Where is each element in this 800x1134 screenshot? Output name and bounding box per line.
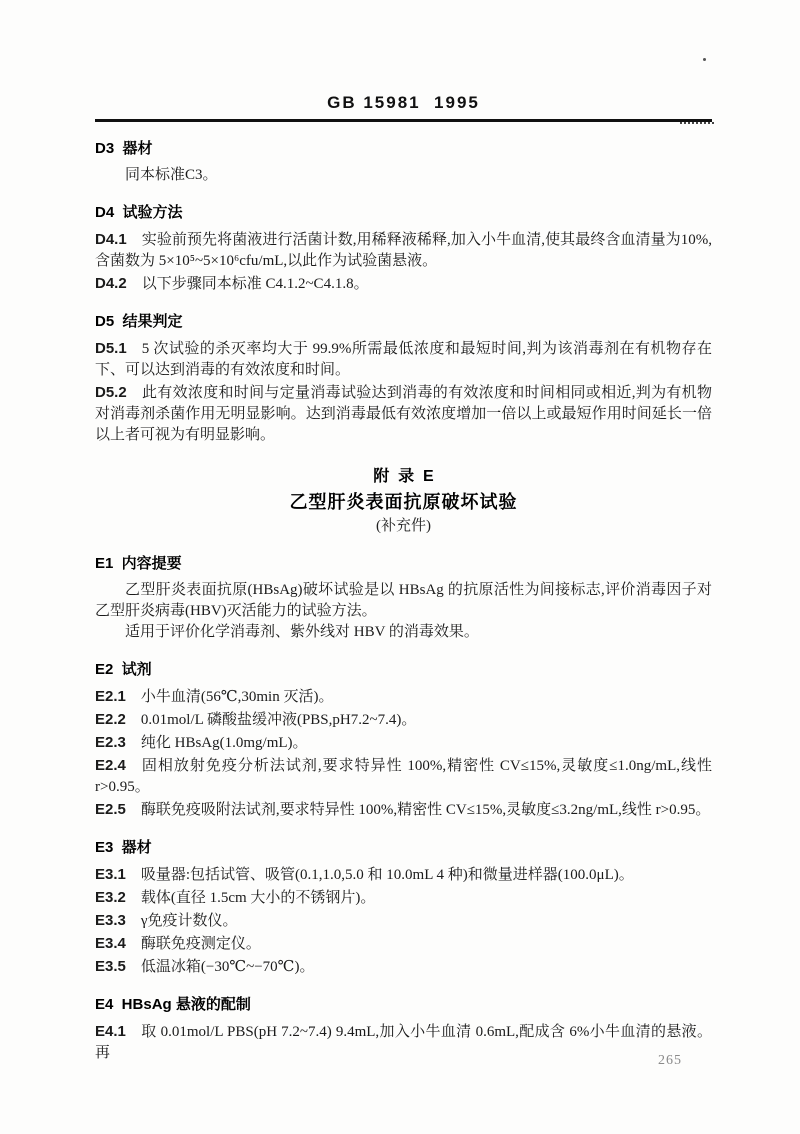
clause-number: E2.4 xyxy=(95,757,126,774)
clause-d5-1: D5.15 次试验的杀灭率均大于 99.9%所需最低浓度和最短时间,判为该消毒剂… xyxy=(95,338,712,381)
section-heading-d5: D5 结果判定 xyxy=(95,311,712,332)
clause-text: 酶联免疫测定仪。 xyxy=(141,936,261,952)
clause-text: 载体(直径 1.5cm 大小的不锈钢片)。 xyxy=(141,890,376,906)
paragraph-e1-2: 适用于评价化学消毒剂、紫外线对 HBV 的消毒效果。 xyxy=(95,622,712,643)
clause-number: E3.5 xyxy=(95,958,126,975)
section-heading-e2: E2 试剂 xyxy=(95,659,712,680)
appendix-subtitle: (补充件) xyxy=(95,516,712,537)
clause-number: D4.1 xyxy=(95,231,127,248)
clause-e3-2: E3.2载体(直径 1.5cm 大小的不锈钢片)。 xyxy=(95,887,712,909)
clause-number: E2.3 xyxy=(95,734,126,751)
clause-number: D4.2 xyxy=(95,275,127,292)
section-heading-d3: D3 器材 xyxy=(95,138,712,159)
clause-e2-2: E2.20.01mol/L 磷酸盐缓冲液(PBS,pH7.2~7.4)。 xyxy=(95,709,712,731)
paragraph-e1-1: 乙型肝炎表面抗原(HBsAg)破坏试验是以 HBsAg 的抗原活性为间接标志,评… xyxy=(95,580,712,622)
clause-d4-2: D4.2以下步骤同本标准 C4.1.2~C4.1.8。 xyxy=(95,273,712,295)
clause-text: 此有效浓度和时间与定量消毒试验达到消毒的有效浓度和时间相同或相近,判为有机物对消… xyxy=(95,385,712,443)
clause-text: 固相放射免疫分析法试剂,要求特异性 100%,精密性 CV≤15%,灵敏度≤1.… xyxy=(95,758,712,795)
paragraph-d3: 同本标准C3。 xyxy=(95,165,712,186)
clause-d5-2: D5.2此有效浓度和时间与定量消毒试验达到消毒的有效浓度和时间相同或相近,判为有… xyxy=(95,382,712,446)
clause-e3-3: E3.3γ免疫计数仪。 xyxy=(95,910,712,932)
clause-number: E3.4 xyxy=(95,935,126,952)
clause-text: 纯化 HBsAg(1.0mg/mL)。 xyxy=(141,735,308,751)
clause-e2-5: E2.5酶联免疫吸附法试剂,要求特异性 100%,精密性 CV≤15%,灵敏度≤… xyxy=(95,799,712,821)
scan-artifact-speck xyxy=(703,58,706,61)
clause-e2-3: E2.3纯化 HBsAg(1.0mg/mL)。 xyxy=(95,732,712,754)
clause-text: 小牛血清(56℃,30min 灭活)。 xyxy=(141,689,334,705)
clause-e2-4: E2.4固相放射免疫分析法试剂,要求特异性 100%,精密性 CV≤15%,灵敏… xyxy=(95,755,712,798)
appendix-label: 附 录 E xyxy=(95,466,712,487)
clause-number: D5.2 xyxy=(95,384,127,401)
section-heading-e4: E4 HBsAg 悬液的配制 xyxy=(95,994,712,1015)
clause-text: 5 次试验的杀灭率均大于 99.9%所需最低浓度和最短时间,判为该消毒剂在有机物… xyxy=(95,341,712,378)
appendix-title: 乙型肝炎表面抗原破坏试验 xyxy=(95,491,712,513)
section-heading-e1: E1 内容提要 xyxy=(95,553,712,574)
clause-number: E2.2 xyxy=(95,711,126,728)
clause-text: 吸量器:包括试管、吸管(0.1,1.0,5.0 和 10.0mL 4 种)和微量… xyxy=(141,867,634,883)
clause-e2-1: E2.1小牛血清(56℃,30min 灭活)。 xyxy=(95,686,712,708)
header-divider-rule xyxy=(95,119,712,122)
clause-number: E3.1 xyxy=(95,866,126,883)
clause-number: E2.1 xyxy=(95,688,126,705)
header-divider-dash-artifact xyxy=(680,122,714,124)
clause-d4-1: D4.1实验前预先将菌液进行活菌计数,用稀释液稀释,加入小牛血清,使其最终含血清… xyxy=(95,229,712,272)
scanned-document-page: GB 15981 1995 D3 器材 同本标准C3。 D4 试验方法 D4.1… xyxy=(0,0,800,1134)
section-heading-d4: D4 试验方法 xyxy=(95,202,712,223)
clause-e3-5: E3.5低温冰箱(−30℃~−70℃)。 xyxy=(95,956,712,978)
standard-number-header: GB 15981 1995 xyxy=(95,92,712,113)
clause-e3-4: E3.4酶联免疫测定仪。 xyxy=(95,933,712,955)
clause-number: D5.1 xyxy=(95,340,127,357)
clause-text: 实验前预先将菌液进行活菌计数,用稀释液稀释,加入小牛血清,使其最终含血清量为10… xyxy=(95,232,712,269)
clause-text: 低温冰箱(−30℃~−70℃)。 xyxy=(141,959,315,975)
clause-e3-1: E3.1吸量器:包括试管、吸管(0.1,1.0,5.0 和 10.0mL 4 种… xyxy=(95,864,712,886)
clause-number: E4.1 xyxy=(95,1023,126,1040)
clause-text: 0.01mol/L 磷酸盐缓冲液(PBS,pH7.2~7.4)。 xyxy=(141,712,417,728)
clause-number: E3.2 xyxy=(95,889,126,906)
page-number: 265 xyxy=(658,1050,682,1071)
clause-number: E3.3 xyxy=(95,912,126,929)
section-heading-e3: E3 器材 xyxy=(95,837,712,858)
clause-text: 以下步骤同本标准 C4.1.2~C4.1.8。 xyxy=(142,276,369,292)
appendix-title-block: 附 录 E 乙型肝炎表面抗原破坏试验 (补充件) xyxy=(95,466,712,537)
clause-text: γ免疫计数仪。 xyxy=(141,913,238,929)
clause-text: 酶联免疫吸附法试剂,要求特异性 100%,精密性 CV≤15%,灵敏度≤3.2n… xyxy=(141,802,711,818)
clause-e4-1: E4.1取 0.01mol/L PBS(pH 7.2~7.4) 9.4mL,加入… xyxy=(95,1021,712,1064)
clause-number: E2.5 xyxy=(95,801,126,818)
clause-text: 取 0.01mol/L PBS(pH 7.2~7.4) 9.4mL,加入小牛血清… xyxy=(95,1024,712,1061)
